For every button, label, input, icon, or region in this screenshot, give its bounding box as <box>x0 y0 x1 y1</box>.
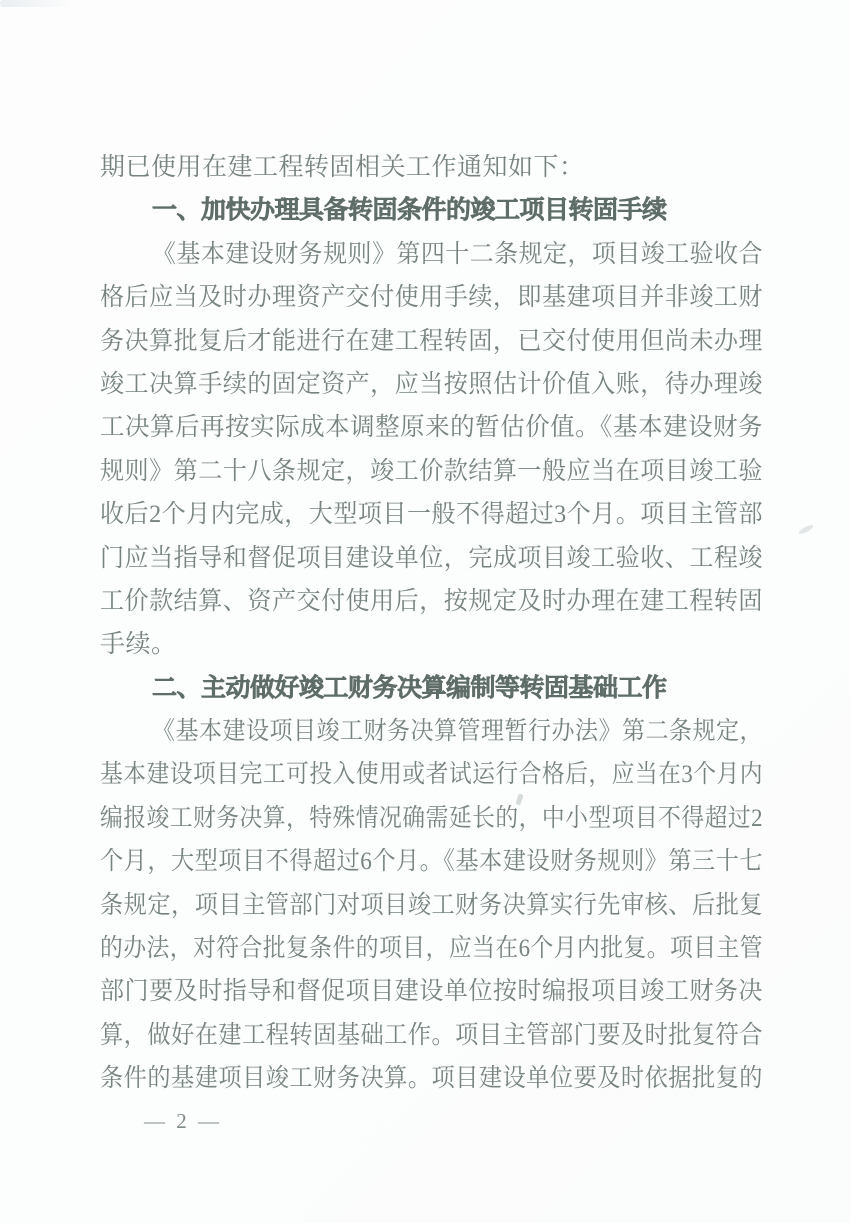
line-text: 《基本建设财务规则》第四十二条规定，项目竣工验收合 <box>152 233 763 276</box>
line-text: 条规定，项目主管部门对项目竣工财务决算实行先审核、后批复 <box>100 884 763 927</box>
line-text: 《基本建设项目竣工财务决算管理暂行办法》第二条规定， <box>152 710 763 753</box>
document-page: 期已使用在建工程转固相关工作通知如下：一、加快办理具备转固条件的竣工项目转固手续… <box>0 0 850 1223</box>
line-text: 个月，大型项目不得超过6个月。《基本建设财务规则》第三十七 <box>100 840 763 883</box>
section-heading: 二、主动做好竣工财务决算编制等转固基础工作 <box>100 667 763 710</box>
text-line: 个月，大型项目不得超过6个月。《基本建设财务规则》第三十七 <box>100 840 763 883</box>
line-text: 的办法，对符合批复条件的项目，应当在6个月内批复。项目主管 <box>100 927 763 970</box>
text-line: 《基本建设财务规则》第四十二条规定，项目竣工验收合 <box>100 233 763 276</box>
page-number: — 2 — <box>144 1100 222 1143</box>
text-line: 的办法，对符合批复条件的项目，应当在6个月内批复。项目主管 <box>100 927 763 970</box>
line-text: 部门要及时指导和督促项目建设单位按时编报项目竣工财务决 <box>100 970 763 1013</box>
text-line: 期已使用在建工程转固相关工作通知如下： <box>100 146 763 189</box>
line-text: 基本建设项目完工可投入使用或者试运行合格后，应当在3个月内 <box>100 753 763 796</box>
scan-artifact <box>798 524 814 536</box>
line-text: 工价款结算、资产交付使用后，按规定及时办理在建工程转固 <box>100 580 763 623</box>
line-text: 二、主动做好竣工财务决算编制等转固基础工作 <box>152 667 667 710</box>
text-line: 工决算后再按实际成本调整原来的暂估价值。《基本建设财务 <box>100 406 763 449</box>
line-text: 期已使用在建工程转固相关工作通知如下： <box>100 146 585 189</box>
line-text: 编报竣工财务决算，特殊情况确需延长的，中小型项目不得超过2 <box>100 797 763 840</box>
text-line: 规则》第二十八条规定，竣工价款结算一般应当在项目竣工验 <box>100 450 763 493</box>
text-line: 《基本建设项目竣工财务决算管理暂行办法》第二条规定， <box>100 710 763 753</box>
line-text: 手续。 <box>100 623 177 666</box>
line-text: 条件的基建项目竣工财务决算。项目建设单位要及时依据批复的 <box>100 1057 763 1100</box>
line-text: 算，做好在建工程转固基础工作。项目主管部门要及时批复符合 <box>100 1014 763 1057</box>
line-text: 竣工决算手续的固定资产，应当按照估计价值入账，待办理竣 <box>100 363 763 406</box>
document-body: 期已使用在建工程转固相关工作通知如下：一、加快办理具备转固条件的竣工项目转固手续… <box>100 146 763 1101</box>
text-line: 条件的基建项目竣工财务决算。项目建设单位要及时依据批复的 <box>100 1057 763 1100</box>
scan-artifact <box>0 0 74 7</box>
text-line: 门应当指导和督促项目建设单位，完成项目竣工验收、工程竣 <box>100 537 763 580</box>
section-heading: 一、加快办理具备转固条件的竣工项目转固手续 <box>100 189 763 232</box>
line-text: 收后2个月内完成，大型项目一般不得超过3个月。项目主管部 <box>100 493 763 536</box>
line-text: 格后应当及时办理资产交付使用手续，即基建项目并非竣工财 <box>100 276 763 319</box>
text-line: 手续。 <box>100 623 763 666</box>
line-text: 门应当指导和督促项目建设单位，完成项目竣工验收、工程竣 <box>100 537 763 580</box>
text-line: 部门要及时指导和督促项目建设单位按时编报项目竣工财务决 <box>100 970 763 1013</box>
line-text: 一、加快办理具备转固条件的竣工项目转固手续 <box>152 189 667 232</box>
line-text: 工决算后再按实际成本调整原来的暂估价值。《基本建设财务 <box>100 406 763 449</box>
text-line: 格后应当及时办理资产交付使用手续，即基建项目并非竣工财 <box>100 276 763 319</box>
text-line: 基本建设项目完工可投入使用或者试运行合格后，应当在3个月内 <box>100 753 763 796</box>
text-line: 收后2个月内完成，大型项目一般不得超过3个月。项目主管部 <box>100 493 763 536</box>
line-text: 务决算批复后才能进行在建工程转固，已交付使用但尚未办理 <box>100 320 763 363</box>
text-line: 条规定，项目主管部门对项目竣工财务决算实行先审核、后批复 <box>100 884 763 927</box>
text-line: 工价款结算、资产交付使用后，按规定及时办理在建工程转固 <box>100 580 763 623</box>
text-line: 编报竣工财务决算，特殊情况确需延长的，中小型项目不得超过2 <box>100 797 763 840</box>
line-text: 规则》第二十八条规定，竣工价款结算一般应当在项目竣工验 <box>100 450 763 493</box>
text-line: 务决算批复后才能进行在建工程转固，已交付使用但尚未办理 <box>100 320 763 363</box>
text-line: 竣工决算手续的固定资产，应当按照估计价值入账，待办理竣 <box>100 363 763 406</box>
text-line: 算，做好在建工程转固基础工作。项目主管部门要及时批复符合 <box>100 1014 763 1057</box>
